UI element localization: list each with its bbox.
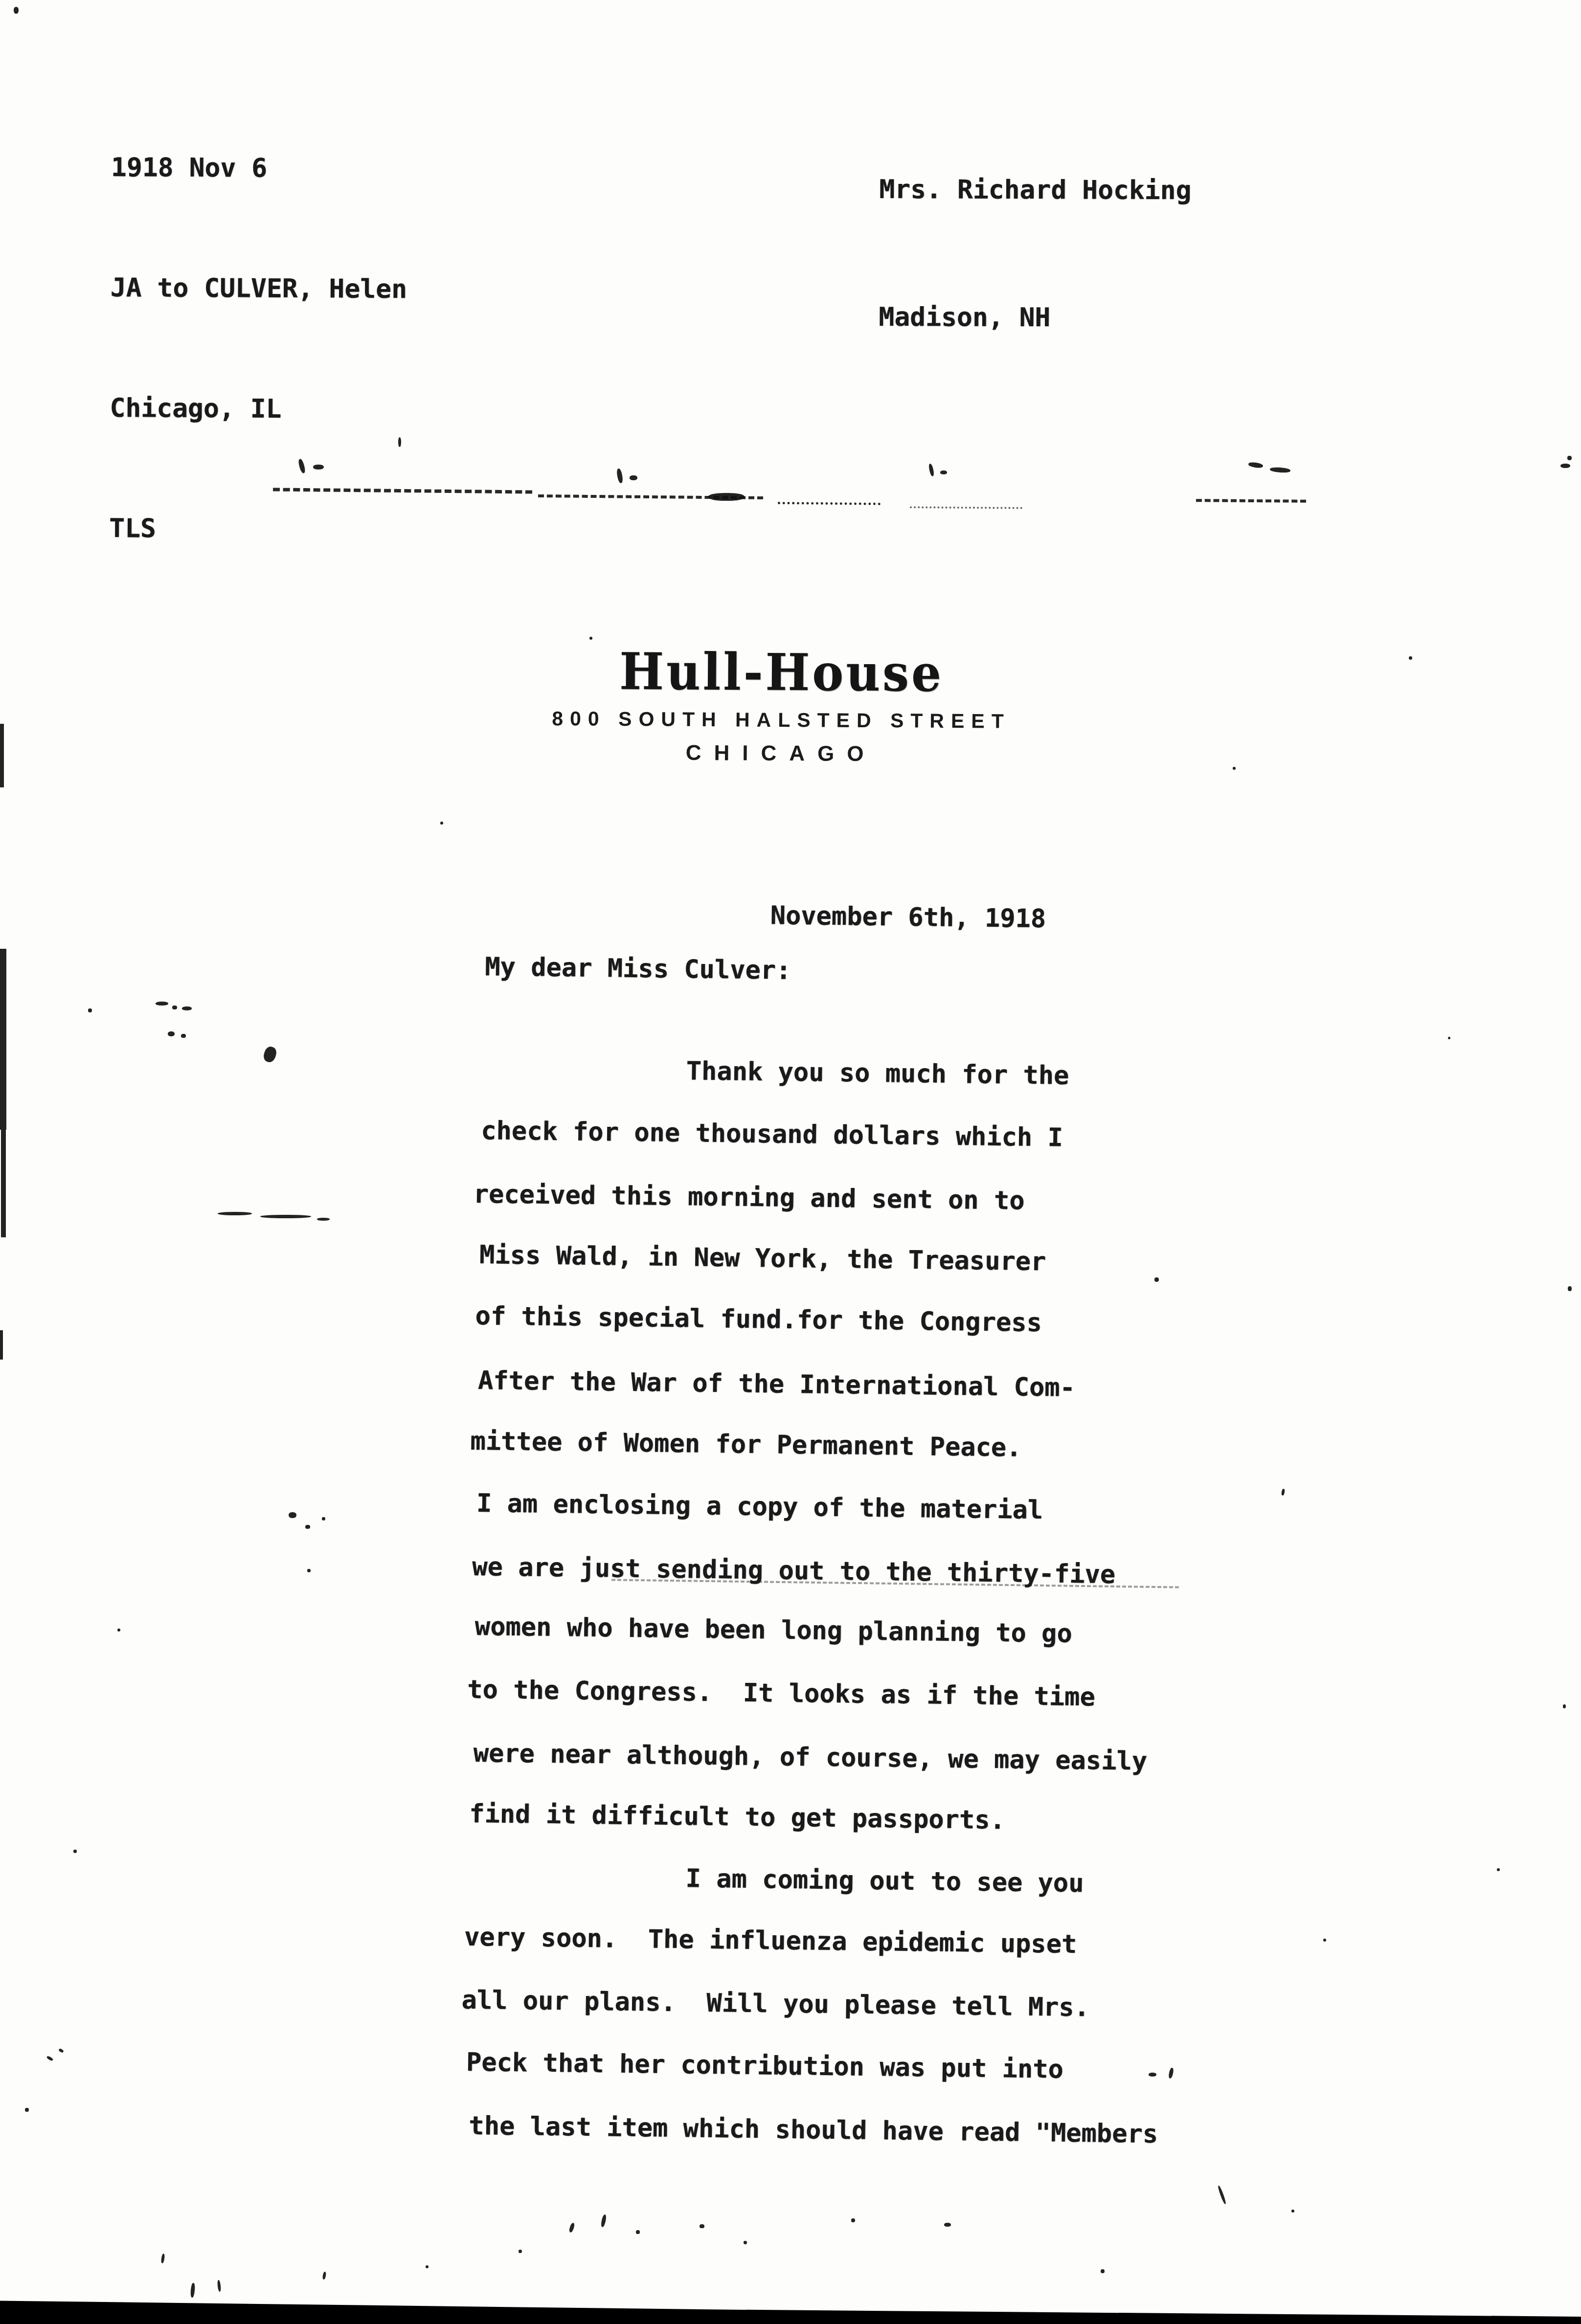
scan-edge-strip [0, 1330, 3, 1360]
scan-smudge [1248, 462, 1263, 469]
scan-smudge [156, 1002, 168, 1006]
scan-speckle [117, 1629, 120, 1631]
letter-date: November 6th, 1918 [770, 901, 1046, 934]
letter-line: I am coming out to see you [477, 1849, 1310, 1922]
letter-line: received this morning and sent on to [473, 1167, 1305, 1240]
scan-speckle [744, 2241, 747, 2244]
letter-line: mittee of Women for Permanent Peace. [470, 1414, 1302, 1487]
catalog-doc-type: TLS [109, 509, 406, 550]
letter-line: find it difficult to get passports. [469, 1787, 1301, 1859]
letter-line: the last item which should have read "Me… [468, 2099, 1300, 2171]
scan-speckle [1497, 1868, 1500, 1871]
scan-speckle [190, 2283, 196, 2298]
scan-line-artifact [1196, 499, 1306, 503]
scan-speckle [568, 2222, 575, 2233]
scan-line-artifact [778, 502, 881, 505]
scan-bottom-edge [0, 2298, 1581, 2324]
letterhead: Hull-House 800 SOUTH HALSTED STREET CHIC… [0, 640, 1572, 771]
scan-speckle [1568, 1286, 1572, 1291]
scanned-letter-page: 1918 Nov 6 JA to CULVER, Helen Chicago, … [0, 0, 1581, 2324]
scan-speckle [426, 2265, 429, 2268]
letter-line: very soon. The influenza epidemic upset [464, 1910, 1296, 1983]
scan-speckle [1448, 1037, 1450, 1039]
scan-smudge [940, 470, 947, 474]
scan-line-artifact [910, 506, 1022, 509]
scan-speckle [1291, 2210, 1294, 2212]
scan-smudge [1567, 456, 1572, 460]
scan-speckle [217, 2280, 221, 2292]
scan-speckle [307, 1569, 311, 1572]
scan-smudge [88, 1008, 92, 1012]
letter-line: Miss Wald, in New York, the Treasurer [479, 1228, 1311, 1300]
scan-speckle [589, 637, 592, 640]
scan-speckle [1323, 1939, 1326, 1942]
letter-line: women who have been long planning to go [474, 1600, 1307, 1672]
scan-speckle [322, 1517, 325, 1520]
scan-smudge [305, 1525, 310, 1529]
catalog-place: Chicago, IL [110, 388, 407, 430]
scan-speckle [161, 2254, 165, 2264]
scan-speckle [1409, 656, 1412, 660]
scan-speckle [73, 1850, 77, 1853]
scan-speckle [636, 2230, 640, 2234]
scan-speckle [322, 2272, 327, 2280]
letter-line: After the War of the International Com- [477, 1354, 1310, 1426]
recipient-annotation: Mrs. Richard Hocking Madison, NH [879, 83, 1192, 425]
scan-edge-strip [1, 1130, 6, 1237]
scan-edge-strip [0, 724, 4, 787]
letterhead-street: 800 SOUTH HALSTED STREET [0, 704, 1572, 737]
scan-speckle [14, 7, 19, 14]
scan-speckle [1154, 1277, 1159, 1282]
scan-smudge [168, 1031, 175, 1036]
scan-speckle [440, 822, 443, 825]
scan-speckle [1217, 2185, 1226, 2205]
letter-body: Thank you so much for thecheck for one t… [461, 1042, 1307, 2170]
letter-line: of this special fund.for the Congress [475, 1289, 1307, 1362]
letter-salutation: My dear Miss Culver: [485, 952, 791, 985]
letter-line: were near although, of course, we may ea… [473, 1726, 1305, 1799]
scan-smudge [313, 465, 324, 469]
letterhead-house-name: Hull-House [0, 638, 1572, 707]
scan-speckle [600, 2214, 607, 2227]
scan-speckle [1563, 1704, 1566, 1708]
scan-smudge [928, 463, 934, 476]
catalog-correspondents: JA to CULVER, Helen [110, 268, 407, 310]
scan-smudge [182, 1006, 192, 1010]
scan-speckle [25, 2108, 29, 2112]
scan-speckle [851, 2218, 855, 2222]
scan-smudge [181, 1034, 186, 1038]
letter-line: I am enclosing a copy of the material [476, 1476, 1308, 1549]
recipient-address: Madison, NH [879, 296, 1191, 339]
scan-edge-strip [0, 949, 6, 1130]
scan-speckle [1233, 767, 1236, 770]
letter-line: to the Congress. It looks as if the time [467, 1663, 1299, 1735]
scan-smudge [1149, 2073, 1156, 2077]
scan-smudge [58, 2048, 64, 2053]
scan-smudge [708, 493, 745, 501]
scan-smudge [616, 468, 623, 483]
recipient-name: Mrs. Richard Hocking [879, 168, 1191, 212]
letter-line: Thank you so much for the [478, 1042, 1310, 1114]
scan-smudge [1270, 467, 1291, 473]
scan-smudge [317, 1218, 330, 1221]
letter-line: all our plans. Will you please tell Mrs. [461, 1973, 1293, 2046]
letter: November 6th, 1918 My dear Miss Culver: … [477, 897, 1309, 908]
scan-smudge [262, 1045, 278, 1064]
letterhead-city: CHICAGO [0, 737, 1572, 771]
scan-smudge [46, 2056, 53, 2061]
scan-smudge [260, 1215, 311, 1218]
scan-smudge [944, 2223, 951, 2227]
scan-smudge [1560, 464, 1570, 468]
scan-smudge [218, 1212, 252, 1215]
scan-speckle [700, 2224, 704, 2228]
scan-speckle [519, 2250, 522, 2253]
catalog-date: 1918 Nov 6 [111, 148, 408, 189]
letter-line: check for one thousand dollars which I [480, 1104, 1312, 1176]
scan-smudge [398, 437, 401, 447]
scan-smudge [289, 1512, 296, 1518]
scan-smudge [630, 475, 637, 480]
scan-smudge [172, 1006, 177, 1009]
scan-speckle [1101, 2269, 1105, 2273]
catalog-annotation: 1918 Nov 6 JA to CULVER, Helen Chicago, … [109, 67, 408, 630]
